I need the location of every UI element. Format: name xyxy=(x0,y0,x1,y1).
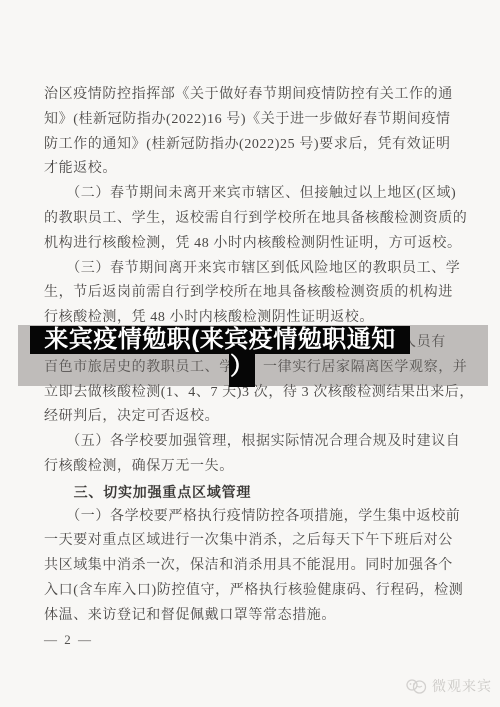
page-number: — 2 — xyxy=(44,632,93,648)
text-line: （五）各学校要加强管理，根据实际情况合理合规及时建议自 xyxy=(44,430,468,455)
overlay-title-line1: 来宾疫情勉职(来宾疫情勉职通知 xyxy=(30,326,410,354)
watermark-text: 微观来宾 xyxy=(432,676,492,696)
text-line: 生，节后返岗前需自行到学校所在地具备核酸检测资质的机构进 xyxy=(44,281,468,306)
text-line: 体温、来访登记和督促佩戴口罩等常态措施。 xyxy=(44,604,468,629)
text-line: 才能返校。 xyxy=(44,157,468,182)
scanned-document-page: 治区疫情防控指挥部《关于做好春节期间疫情防控有关工作的通知》(桂新冠防指办(20… xyxy=(0,0,500,707)
text-line: 入口(含车库入口)防控值守，严格执行核验健康码、行程码，检测 xyxy=(44,579,468,604)
text-line: 治区疫情防控指挥部《关于做好春节期间疫情防控有关工作的通 xyxy=(44,83,468,108)
text-line: 机构进行核酸检测，凭 48 小时内核酸检测阴性证明，方可返校。 xyxy=(44,232,468,257)
weiguan-laibin-logo-icon xyxy=(404,676,428,696)
text-line: 知》(桂新冠防指办(2022)16 号)《关于进一步做好春节期间疫情 xyxy=(44,108,468,133)
text-line: 经研判后，决定可否返校。 xyxy=(44,405,468,430)
overlay-title-line2: ） xyxy=(229,353,255,387)
text-line: （三）春节期间离开来宾市辖区到低风险地区的教职员工、学 xyxy=(44,257,468,282)
text-line: 防工作的通知》(桂新冠防指办(2022)25 号)要求后，凭有效证明 xyxy=(44,133,468,158)
text-line: （二）春节期间未离开来宾市辖区、但接触过以上地区(区域) xyxy=(44,182,468,207)
text-line: 一天要对重点区域进行一次集中消杀，之后每天下午下班后对公 xyxy=(44,529,468,554)
text-line: 行核酸检测，确保万无一失。 xyxy=(44,455,468,480)
text-line: （一）各学校要严格执行疫情防控各项措施，学生集中返校前 xyxy=(44,505,468,530)
watermark: 微观来宾 xyxy=(404,676,492,696)
text-line: 共区域集中消杀一次，保洁和消杀用具不能混用。同时加强各个 xyxy=(44,554,468,579)
text-line: 的教职员工、学生，返校需自行到学校所在地具备核酸检测资质的 xyxy=(44,207,468,232)
text-line: 三、切实加强重点区域管理 xyxy=(44,480,468,505)
